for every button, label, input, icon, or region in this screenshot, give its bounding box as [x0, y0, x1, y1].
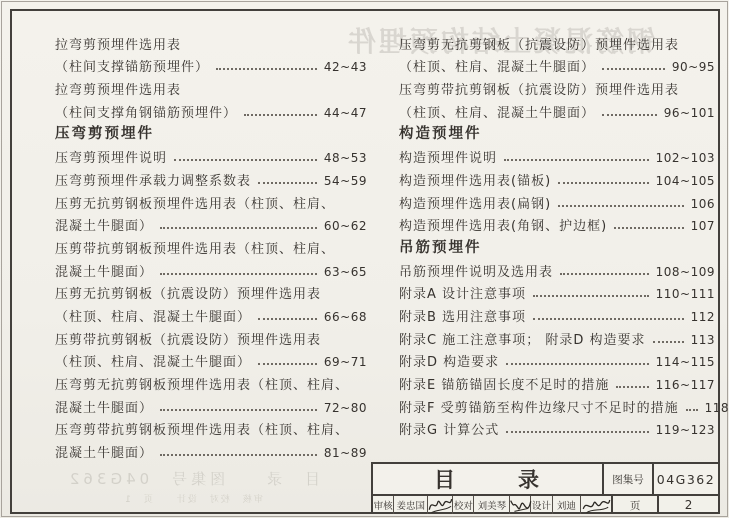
dotted-leader [258, 182, 317, 184]
toc-line: （柱间支撑角钢锚筋预埋件）44~47 [55, 98, 367, 121]
bleedthrough-titleblock: 目 录 图集号 04G362 审核 校对 设计 页 1 [28, 468, 358, 505]
toc-column-left: 拉弯剪预埋件选用表（柱间支撑锚筋预埋件）42~43拉弯剪预埋件选用表（柱间支撑角… [55, 30, 367, 461]
toc-line: 混凝土牛腿面）72~80 [55, 393, 367, 416]
toc-page-range: 90~95 [672, 60, 715, 75]
designer-label: 设计 [530, 496, 551, 514]
dotted-leader [504, 159, 649, 161]
toc-line: 压弯剪无抗剪钢板预埋件选用表（柱顶、柱肩、 [55, 370, 367, 393]
section-header: 吊筋预埋件 [399, 234, 715, 257]
toc-entry-text: （柱顶、柱肩、混凝土牛腿面） [399, 56, 595, 75]
toc-entry-text: （柱顶、柱肩、混凝土牛腿面） [399, 102, 595, 121]
toc-page-range: 119~123 [656, 423, 715, 438]
toc-entry-text: 拉弯剪预埋件选用表 [55, 34, 181, 53]
toc-entry-text: 压弯剪无抗剪钢板预埋件选用表（柱顶、柱肩、 [55, 374, 349, 393]
checker-name: 刘美琴 [473, 496, 509, 514]
toc-line: 压弯剪带抗剪钢板预埋件选用表（柱顶、柱肩、 [55, 416, 367, 439]
dotted-leader [258, 318, 317, 320]
dotted-leader [174, 159, 317, 161]
toc-line: 混凝土牛腿面）63~65 [55, 257, 367, 280]
toc-line: 吊筋预埋件说明及选用表108~109 [399, 257, 715, 280]
toc-entry-text: 构造预埋件选用表(锚板) [399, 170, 551, 189]
toc-page-range: 63~65 [324, 265, 367, 280]
toc-entry-text: （柱间支撑角钢锚筋预埋件） [55, 102, 237, 121]
toc-entry-text: （柱顶、柱肩、混凝土牛腿面） [55, 351, 251, 370]
toc-entry-text: 压弯剪无抗剪钢板（抗震设防）预埋件选用表 [399, 34, 679, 53]
dotted-leader [558, 182, 648, 184]
dotted-leader [506, 431, 648, 433]
atlas-number: 04G362 [652, 464, 718, 494]
page-number-label: 页 [611, 496, 657, 514]
toc-entry-text: 拉弯剪预埋件选用表 [55, 79, 181, 98]
title-block: 目 录 图集号 04G362 审核 姜忠国 校对 刘美琴 [371, 462, 720, 514]
toc-line: 构造预埋件选用表(角钢、护边框)107 [399, 212, 715, 235]
toc-entry-text: （柱间支撑锚筋预埋件） [55, 56, 209, 75]
toc-page-range: 113 [691, 333, 715, 348]
toc-page-range: 44~47 [324, 106, 367, 121]
dotted-leader [216, 68, 317, 70]
signature-scribble-icon [581, 495, 612, 515]
toc-entry-text: 压剪无抗剪钢板预埋件选用表（柱顶、柱肩、 [55, 193, 335, 212]
signature-scribble-icon [508, 495, 533, 515]
bleedthrough-line: 审核 校对 设计 页 1 [28, 492, 358, 505]
toc-entry-text: 吊筋预埋件 [399, 236, 482, 257]
toc-line: 附录B 选用注意事项112 [399, 302, 715, 325]
toc-entry-text: 附录G 计算公式 [399, 419, 499, 438]
toc-column-right: 压弯剪无抗剪钢板（抗震设防）预埋件选用表（柱顶、柱肩、混凝土牛腿面）90~95压… [399, 30, 715, 438]
toc-page-range: 114~115 [656, 355, 715, 370]
toc-page-range: 96~101 [664, 106, 715, 121]
toc-line: 构造预埋件说明102~103 [399, 143, 715, 166]
toc-line: 拉弯剪预埋件选用表 [55, 30, 367, 53]
toc-entry-text: 压弯剪预埋件说明 [55, 147, 167, 166]
toc-page-range: 108~109 [656, 265, 715, 280]
toc-line: 压剪无抗剪钢板（抗震设防）预埋件选用表 [55, 280, 367, 303]
toc-entry-text: 吊筋预埋件说明及选用表 [399, 261, 553, 280]
toc-line: 附录A 设计注意事项110~111 [399, 280, 715, 303]
title-block-row-bottom: 审核 姜忠国 校对 刘美琴 设计 刘迪 [373, 494, 718, 514]
toc-entry-text: 混凝土牛腿面） [55, 215, 153, 234]
toc-page-range: 72~80 [324, 401, 367, 416]
dotted-leader [616, 386, 648, 388]
toc-title: 目 录 [373, 464, 602, 494]
toc-line: 附录D 构造要求114~115 [399, 348, 715, 371]
toc-entry-text: 附录E 锚筋锚固长度不足时的措施 [399, 374, 609, 393]
toc-entry-text: 混凝土牛腿面） [55, 397, 153, 416]
dotted-leader [160, 454, 317, 456]
toc-entry-text: 构造预埋件 [399, 122, 482, 143]
toc-line: （柱顶、柱肩、混凝土牛腿面）96~101 [399, 98, 715, 121]
toc-entry-text: 附录C 施工注意事项； 附录D 构造要求 [399, 329, 646, 348]
dotted-leader [533, 295, 649, 297]
signature-scribble-icon [427, 495, 454, 515]
toc-entry-text: 压弯剪带抗剪钢板预埋件选用表（柱顶、柱肩、 [55, 419, 349, 438]
toc-line: （柱间支撑锚筋预埋件）42~43 [55, 53, 367, 76]
toc-page-range: 106 [691, 197, 715, 212]
toc-title-char: 录 [518, 464, 541, 494]
toc-page-range: 107 [691, 219, 715, 234]
designer-name: 刘迪 [552, 496, 581, 514]
toc-line: 压弯剪预埋件说明48~53 [55, 143, 367, 166]
toc-page-range: 48~53 [324, 151, 367, 166]
toc-entry-text: 附录A 设计注意事项 [399, 283, 526, 302]
checker-label: 校对 [452, 496, 473, 514]
toc-entry-text: 压剪带抗剪钢板预埋件选用表（柱顶、柱肩、 [55, 238, 335, 257]
dotted-leader [160, 273, 317, 275]
reviewer-signature [427, 496, 452, 514]
toc-line: （柱顶、柱肩、混凝土牛腿面）69~71 [55, 348, 367, 371]
toc-entry-text: 压弯剪预埋件 [55, 122, 154, 143]
page-number: 2 [657, 496, 718, 514]
toc-entry-text: 混凝土牛腿面） [55, 261, 153, 280]
dotted-leader [614, 227, 683, 229]
atlas-number-label: 图集号 [602, 464, 652, 494]
toc-entry-text: 附录F 受剪锚筋至构件边缘尺寸不足时的措施 [399, 397, 679, 416]
toc-line: （柱顶、柱肩、混凝土牛腿面）90~95 [399, 53, 715, 76]
toc-page-range: 66~68 [324, 310, 367, 325]
toc-entry-text: （柱顶、柱肩、混凝土牛腿面） [55, 306, 251, 325]
toc-entry-text: 附录D 构造要求 [399, 351, 499, 370]
toc-entry-text: 压剪无抗剪钢板（抗震设防）预埋件选用表 [55, 283, 321, 302]
toc-entry-text: 构造预埋件选用表(角钢、护边框) [399, 215, 607, 234]
toc-line: 压弯剪无抗剪钢板（抗震设防）预埋件选用表 [399, 30, 715, 53]
toc-line: 附录C 施工注意事项； 附录D 构造要求113 [399, 325, 715, 348]
dotted-leader [560, 273, 649, 275]
toc-line: 附录F 受剪锚筋至构件边缘尺寸不足时的措施118 [399, 393, 715, 416]
toc-title-char: 目 [434, 464, 457, 494]
designer-signature [580, 496, 611, 514]
toc-entry-text: 混凝土牛腿面） [55, 442, 153, 461]
toc-line: 混凝土牛腿面）60~62 [55, 212, 367, 235]
dotted-leader [506, 363, 648, 365]
toc-page-range: 54~59 [324, 174, 367, 189]
toc-line: （柱顶、柱肩、混凝土牛腿面）66~68 [55, 302, 367, 325]
bleedthrough-line: 目 录 图集号 04G362 [28, 468, 358, 489]
toc-page-range: 69~71 [324, 355, 367, 370]
toc-page-range: 42~43 [324, 60, 367, 75]
toc-entry-text: 构造预埋件说明 [399, 147, 497, 166]
title-block-row-top: 目 录 图集号 04G362 [373, 464, 718, 494]
toc-page-range: 60~62 [324, 219, 367, 234]
toc-line: 附录E 锚筋锚固长度不足时的措施116~117 [399, 370, 715, 393]
toc-page-range: 118 [705, 401, 729, 416]
toc-page-range: 81~89 [324, 446, 367, 461]
dotted-leader [533, 318, 684, 320]
toc-line: 压剪无抗剪钢板预埋件选用表（柱顶、柱肩、 [55, 189, 367, 212]
toc-page-range: 104~105 [656, 174, 715, 189]
dotted-leader [258, 363, 317, 365]
toc-line: 压剪带抗剪钢板预埋件选用表（柱顶、柱肩、 [55, 234, 367, 257]
toc-page-range: 110~111 [656, 287, 715, 302]
toc-entry-text: 压剪带抗剪钢板（抗震设防）预埋件选用表 [55, 329, 321, 348]
dotted-leader [602, 114, 657, 116]
toc-line: 混凝土牛腿面）81~89 [55, 438, 367, 461]
toc-entry-text: 构造预埋件选用表(扁钢) [399, 193, 551, 212]
toc-line: 构造预埋件选用表(扁钢)106 [399, 189, 715, 212]
checker-signature [509, 496, 530, 514]
toc-entry-text: 附录B 选用注意事项 [399, 306, 526, 325]
reviewer-name: 姜忠国 [393, 496, 427, 514]
section-header: 压弯剪预埋件 [55, 121, 367, 144]
reviewer-label: 审核 [373, 496, 393, 514]
toc-line: 压弯剪带抗剪钢板（抗震设防）预埋件选用表 [399, 75, 715, 98]
toc-line: 附录G 计算公式119~123 [399, 416, 715, 439]
toc-line: 压弯剪预埋件承载力调整系数表54~59 [55, 166, 367, 189]
toc-page-range: 116~117 [656, 378, 715, 393]
toc-line: 拉弯剪预埋件选用表 [55, 75, 367, 98]
dotted-leader [558, 205, 683, 207]
toc-entry-text: 压弯剪带抗剪钢板（抗震设防）预埋件选用表 [399, 79, 679, 98]
toc-page-range: 112 [691, 310, 715, 325]
dotted-leader [244, 114, 317, 116]
dotted-leader [602, 68, 665, 70]
toc-line: 构造预埋件选用表(锚板)104~105 [399, 166, 715, 189]
dotted-leader [160, 227, 317, 229]
toc-line: 压剪带抗剪钢板（抗震设防）预埋件选用表 [55, 325, 367, 348]
dotted-leader [160, 409, 317, 411]
section-header: 构造预埋件 [399, 121, 715, 144]
toc-entry-text: 压弯剪预埋件承载力调整系数表 [55, 170, 251, 189]
dotted-leader [653, 341, 684, 343]
scanned-page: 钢筋混凝土结构预埋件 目 录 图集号 04G362 审核 校对 设计 页 1 拉… [0, 0, 729, 518]
dotted-leader [686, 409, 698, 411]
toc-page-range: 102~103 [656, 151, 715, 166]
